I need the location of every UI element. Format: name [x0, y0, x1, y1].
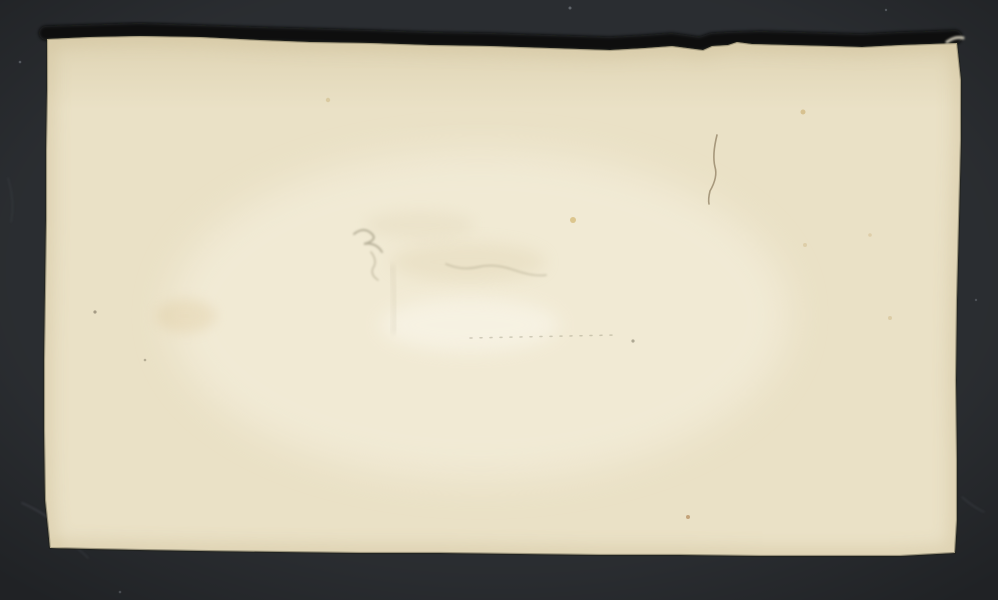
tan-fleck-d [888, 316, 892, 320]
bg-speck-d [19, 61, 22, 64]
card-back [0, 0, 998, 600]
bg-speck-b [885, 9, 887, 11]
yellow-speck-b [801, 110, 806, 115]
dark-speck-c [144, 359, 147, 362]
bg-speck-c [975, 299, 977, 301]
dark-speck-b [631, 339, 634, 342]
yellow-speck-a [570, 217, 576, 223]
bg-speck-a [569, 7, 572, 10]
smudge-upper [365, 211, 475, 239]
rust-speck [686, 515, 690, 519]
tan-fleck-a [326, 98, 330, 102]
tan-fleck-b [803, 243, 807, 247]
tan-fleck-c [868, 233, 872, 237]
tan-blotch-left [156, 299, 216, 333]
scan-photo [0, 0, 998, 600]
bg-speck-e [119, 591, 122, 594]
scan-image-canvas [0, 0, 998, 600]
bright-patch [380, 298, 560, 352]
tan-smear-center [390, 242, 546, 282]
dark-speck-a [93, 310, 96, 313]
